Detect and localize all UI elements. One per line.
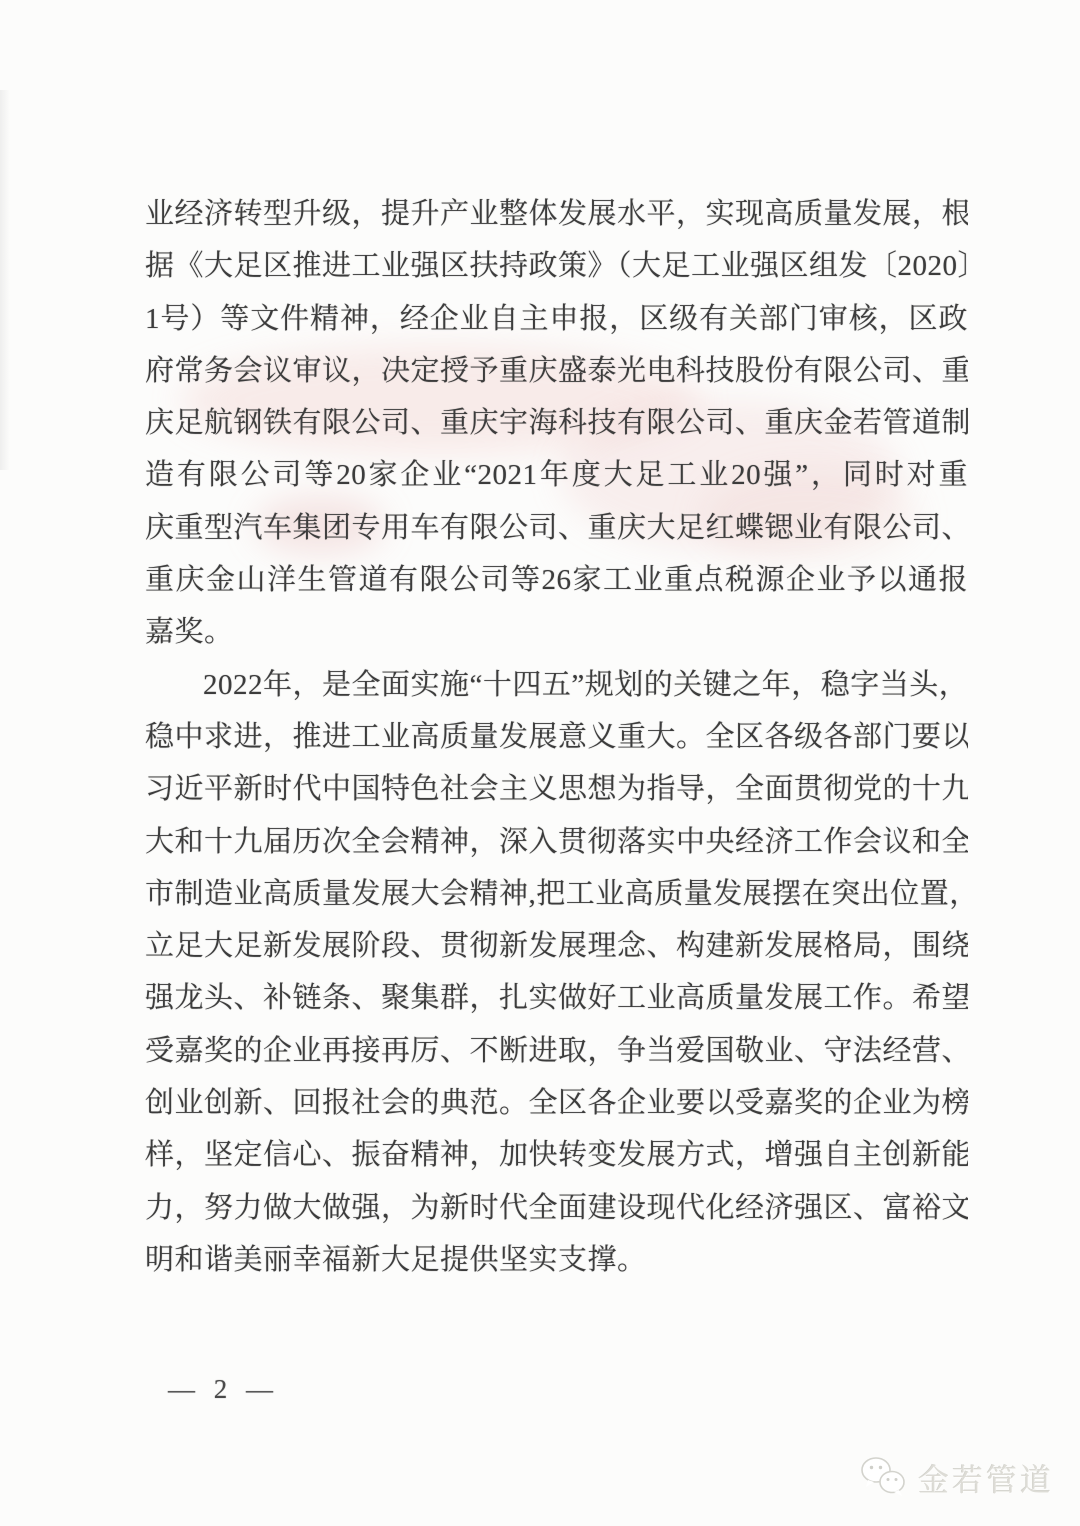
paragraph-2: 2022年，是全面实施“十四五”规划的关键之年，稳字当头，稳中求进，推进工业高质… <box>145 659 968 1287</box>
text-line: 样，坚定信心、振奋精神，加快转变发展方式，增强自主创新能 <box>145 1129 968 1181</box>
text-line: 明和谐美丽幸福新大足提供坚实支撑。 <box>145 1234 968 1286</box>
text-line: 大和十九届历次全会精神，深入贯彻落实中央经济工作会议和全 <box>145 816 968 868</box>
text-line: 1号）等文件精神，经企业自主申报，区级有关部门审核，区政 <box>145 293 968 345</box>
watermark-label: 金若管道 <box>918 1455 1054 1500</box>
text-line: 力，努力做大做强，为新时代全面建设现代化经济强区、富裕文 <box>145 1182 968 1234</box>
text-line: 庆重型汽车集团专用车有限公司、重庆大足红蝶锶业有限公司、 <box>145 502 968 554</box>
text-line: 习近平新时代中国特色社会主义思想为指导，全面贯彻党的十九 <box>145 763 968 815</box>
text-line: 立足大足新发展阶段、贯彻新发展理念、构建新发展格局，围绕 <box>145 920 968 972</box>
text-line: 业经济转型升级，提升产业整体发展水平，实现高质量发展，根 <box>145 188 968 240</box>
text-line: 府常务会议审议，决定授予重庆盛泰光电科技股份有限公司、重 <box>145 345 968 397</box>
text-line: 创业创新、回报社会的典范。全区各企业要以受嘉奖的企业为榜 <box>145 1077 968 1129</box>
text-line: 2022年，是全面实施“十四五”规划的关键之年，稳字当头， <box>145 659 968 711</box>
scan-edge-shadow <box>0 90 10 470</box>
document-body: 业经济转型升级，提升产业整体发展水平，实现高质量发展，根据《大足区推进工业强区扶… <box>145 188 968 1286</box>
brand-watermark: 金若管道 <box>858 1454 1054 1500</box>
text-line: 据《大足区推进工业强区扶持政策》（大足工业强区组发〔2020〕 <box>145 240 968 292</box>
wechat-icon <box>858 1454 910 1500</box>
text-line: 市制造业高质量发展大会精神,把工业高质量发展摆在突出位置， <box>145 868 968 920</box>
paragraph-1: 业经济转型升级，提升产业整体发展水平，实现高质量发展，根据《大足区推进工业强区扶… <box>145 188 968 659</box>
text-line: 重庆金山洋生管道有限公司等26家工业重点税源企业予以通报 <box>145 554 968 606</box>
text-line: 受嘉奖的企业再接再厉、不断进取，争当爱国敬业、守法经营、 <box>145 1025 968 1077</box>
text-line: 嘉奖。 <box>145 606 968 658</box>
text-line: 强龙头、补链条、聚集群，扎实做好工业高质量发展工作。希望 <box>145 972 968 1024</box>
text-line: 造有限公司等20家企业“2021年度大足工业20强”，同时对重 <box>145 449 968 501</box>
page-number: — 2 — <box>168 1374 279 1405</box>
text-line: 庆足航钢铁有限公司、重庆宇海科技有限公司、重庆金若管道制 <box>145 397 968 449</box>
text-line: 稳中求进，推进工业高质量发展意义重大。全区各级各部门要以 <box>145 711 968 763</box>
